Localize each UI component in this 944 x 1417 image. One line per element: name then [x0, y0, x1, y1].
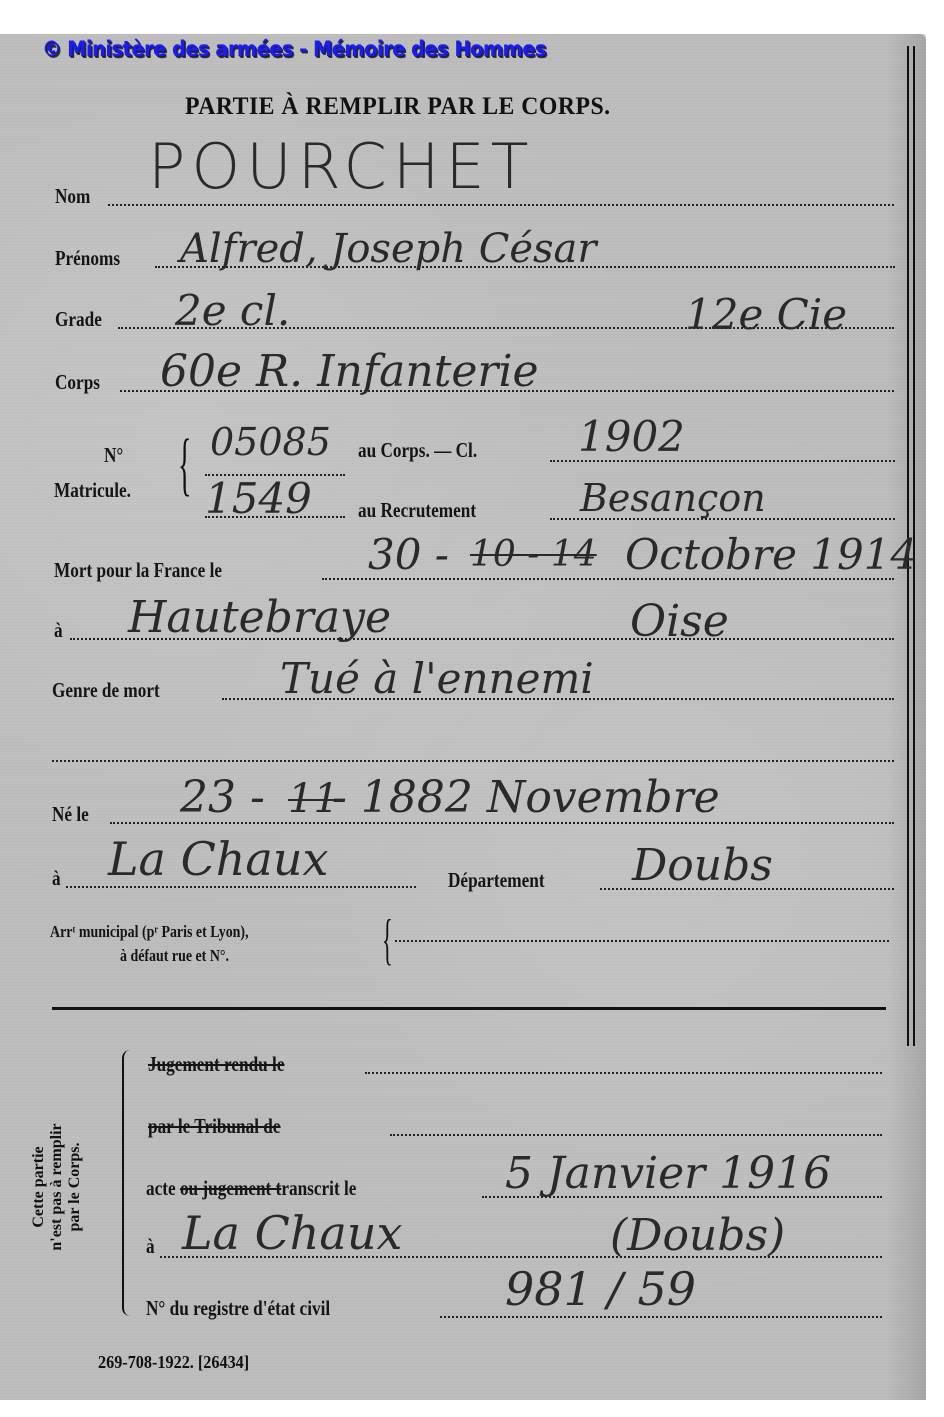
lieu-naissance-line	[66, 886, 416, 888]
section-divider	[52, 1007, 886, 1010]
lieu-naissance-value: La Chaux	[108, 832, 328, 886]
tribunal-line	[390, 1134, 882, 1136]
nom-value: POURCHET	[148, 130, 535, 203]
acte-label-struck: ou jugement t	[180, 1176, 281, 1200]
jugement-line	[365, 1072, 882, 1074]
lieu-acte-label: à	[146, 1234, 155, 1259]
au-corps-label: au Corps. — Cl.	[358, 438, 477, 463]
card-shadow	[886, 34, 926, 1400]
acte-date-value: 5 Janvier 1916	[505, 1148, 831, 1199]
registre-label: N° du registre d'état civil	[146, 1296, 330, 1321]
lieu-mort-value: Hautebraye	[128, 592, 391, 643]
prenoms-label: Prénoms	[55, 246, 120, 271]
mort-date-value: Octobre 1914	[625, 530, 917, 579]
brace: {	[178, 430, 191, 500]
lieu-naissance-label: à	[52, 866, 61, 891]
corps-number-value: 05085	[210, 420, 331, 464]
departement-label: Département	[448, 868, 545, 893]
side-note: Cette partie n'est pas à remplir par le …	[30, 1062, 84, 1312]
lieu-acte-dept-value: (Doubs)	[610, 1210, 785, 1261]
naissance-label: Né le	[52, 802, 89, 827]
copyright-watermark: © Ministère des armées - Mémoire des Hom…	[42, 37, 546, 61]
side-note-line: par le Corps.	[66, 1062, 84, 1312]
genre-mort-value: Tué à l'ennemi	[280, 654, 594, 703]
matricule-label: Matricule.	[54, 478, 131, 503]
mort-day-value: 30 -	[368, 530, 449, 579]
nom-line	[108, 204, 894, 206]
departement-value: Doubs	[632, 840, 773, 891]
matricule-label-n: N°	[104, 443, 123, 468]
arrondissement-label-1: Arrᵗ municipal (pʳ Paris et Lyon),	[50, 922, 249, 942]
side-note-line: Cette partie	[30, 1062, 48, 1312]
mort-struck-value: 10 - 14	[470, 534, 597, 575]
registre-line	[440, 1316, 882, 1318]
mort-label: Mort pour la France le	[54, 558, 222, 583]
lieu-mort-dept-value: Oise	[630, 596, 729, 647]
recrutement-number-value: 1549	[205, 474, 312, 523]
form-title: PARTIE À REMPLIR PAR LE CORPS.	[185, 93, 611, 121]
acte-label-pre: acte	[146, 1176, 176, 1200]
brace: {	[382, 912, 393, 968]
company-value: 12e Cie	[685, 290, 847, 339]
print-reference: 269-708-1922. [26434]	[98, 1352, 249, 1373]
jugement-label: Jugement rendu le	[148, 1052, 284, 1077]
registre-value: 981 / 59	[505, 1262, 696, 1316]
naissance-day-value: 23 -	[180, 772, 265, 823]
prenoms-value: Alfred, Joseph César	[180, 226, 596, 272]
lieu-acte-value: La Chaux	[182, 1206, 402, 1260]
genre-mort-line-2	[52, 760, 894, 762]
grade-value: 2e cl.	[175, 286, 290, 335]
corps-label: Corps	[55, 370, 100, 395]
recrutement-value: Besançon	[580, 476, 766, 520]
acte-label: acte ou jugement transcrit le	[146, 1176, 356, 1201]
corps-value: 60e R. Infanterie	[160, 346, 539, 397]
classe-value: 1902	[578, 412, 685, 461]
tribunal-label: par le Tribunal de	[148, 1114, 281, 1139]
side-note-line: n'est pas à remplir	[48, 1062, 66, 1312]
acte-label-post: ranscrit le	[281, 1176, 356, 1200]
arrondissement-line	[395, 940, 889, 942]
lieu-mort-label: à	[54, 618, 63, 643]
naissance-date-value: - 1882 Novembre	[332, 772, 720, 823]
grade-label: Grade	[55, 307, 102, 332]
brace	[122, 1050, 134, 1316]
au-recrutement-label: au Recrutement	[358, 498, 476, 523]
genre-mort-label: Genre de mort	[52, 678, 160, 703]
nom-label: Nom	[55, 184, 90, 209]
arrondissement-label-2: à défaut rue et N°.	[120, 946, 229, 966]
